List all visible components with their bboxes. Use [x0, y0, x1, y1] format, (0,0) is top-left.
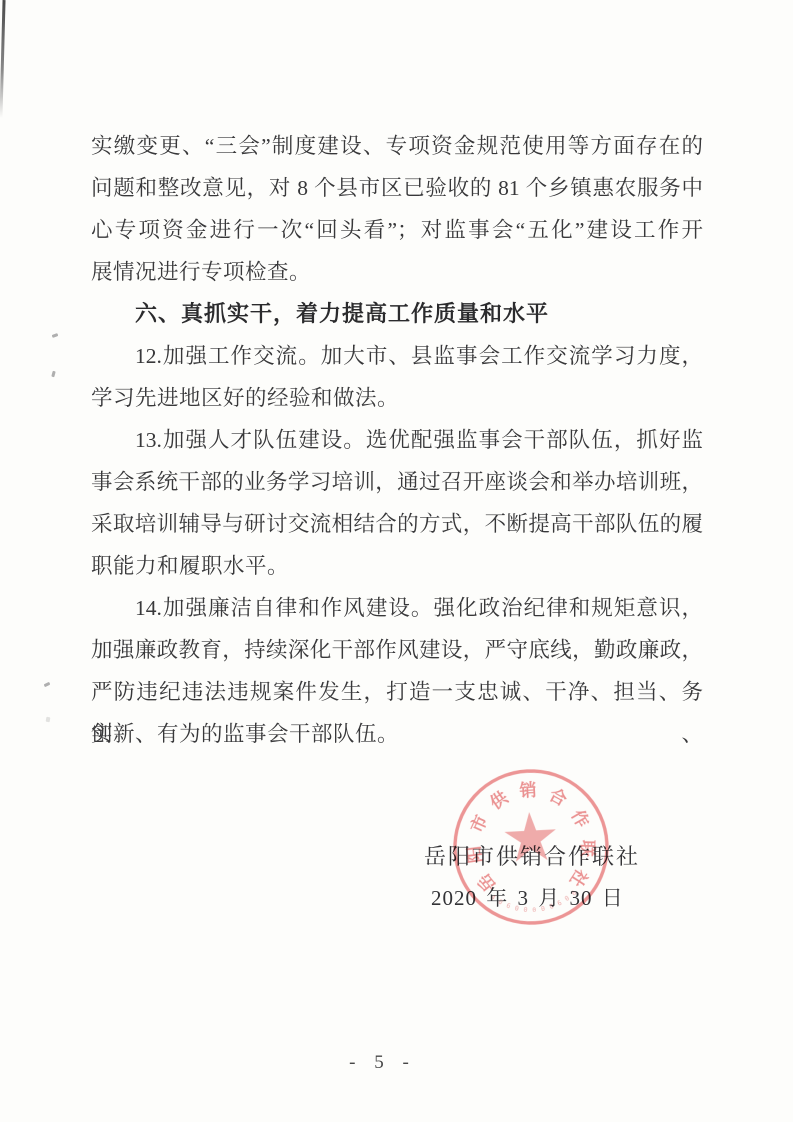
- scan-edge-artifact: [0, 0, 5, 118]
- svg-text:0: 0: [497, 898, 504, 907]
- text-line: 采取培训辅导与研讨交流相结合的方式，不断提高干部队伍的履: [91, 503, 703, 545]
- text-line: 严防违纪违法违规案件发生，打造一支忠诚、干净、担当、务实、: [91, 671, 703, 713]
- text-line: 问题和整改意见，对 8 个县市区已验收的 81 个乡镇惠农服务中: [91, 167, 703, 209]
- svg-text:0: 0: [540, 905, 545, 914]
- svg-text:0: 0: [514, 904, 520, 913]
- official-seal: 岳阳市供销合作联社 40600000606: [447, 763, 615, 931]
- svg-text:0: 0: [563, 894, 571, 903]
- svg-text:0: 0: [532, 906, 536, 914]
- svg-text:6: 6: [556, 899, 563, 908]
- svg-text:岳: 岳: [474, 870, 500, 896]
- text-line: 心专项资金进行一次“回头看”；对监事会“五化”建设工作开: [91, 209, 703, 251]
- svg-text:社: 社: [566, 865, 593, 891]
- svg-text:作: 作: [567, 806, 593, 831]
- svg-text:阳: 阳: [464, 845, 485, 864]
- svg-text:合: 合: [546, 784, 570, 810]
- section-heading: 六、真抓实干，着力提高工作质量和水平: [91, 293, 703, 335]
- seal-star-icon: [504, 811, 558, 862]
- svg-text:市: 市: [466, 812, 491, 836]
- text-line: 学习先进地区好的经验和做法。: [91, 377, 703, 419]
- document-body: 实缴变更、“三会”制度建设、专项资金规范使用等方面存在的 问题和整改意见，对 8…: [91, 125, 703, 755]
- svg-text:6: 6: [570, 889, 578, 898]
- page-sheet: { "page": { "number": "- 5 -" }, "body":…: [0, 0, 793, 1122]
- scan-speck: [44, 682, 51, 687]
- text-line: 职能力和履职水平。: [91, 545, 703, 587]
- svg-text:销: 销: [519, 780, 537, 801]
- text-line: 13.加强人才队伍建设。选优配强监事会干部队伍，抓好监: [91, 419, 703, 461]
- text-line: 事会系统干部的业务学习培训，通过召开座谈会和举办培训班，: [91, 461, 703, 503]
- svg-text:供: 供: [486, 786, 512, 813]
- svg-text:0: 0: [523, 906, 528, 914]
- scan-speck: [52, 333, 59, 338]
- text-line: 展情况进行专项检查。: [91, 251, 703, 293]
- text-line: 12.加强工作交流。加大市、县监事会工作交流学习力度，: [91, 335, 703, 377]
- svg-text:6: 6: [505, 901, 512, 910]
- svg-text:0: 0: [548, 902, 554, 911]
- page-number: - 5 -: [0, 1052, 779, 1074]
- seal-code: 40600000606: [489, 889, 579, 917]
- text-line: 实缴变更、“三会”制度建设、专项资金规范使用等方面存在的: [91, 125, 703, 167]
- scan-speck: [46, 717, 51, 723]
- scan-speck: [51, 371, 55, 378]
- svg-text:联: 联: [578, 840, 598, 858]
- svg-text:4: 4: [489, 893, 497, 902]
- text-line: 加强廉政教育，持续深化干部作风建设，严守底线，勤政廉政，: [91, 629, 703, 671]
- text-line: 14.加强廉洁自律和作风建设。强化政治纪律和规矩意识，: [91, 587, 703, 629]
